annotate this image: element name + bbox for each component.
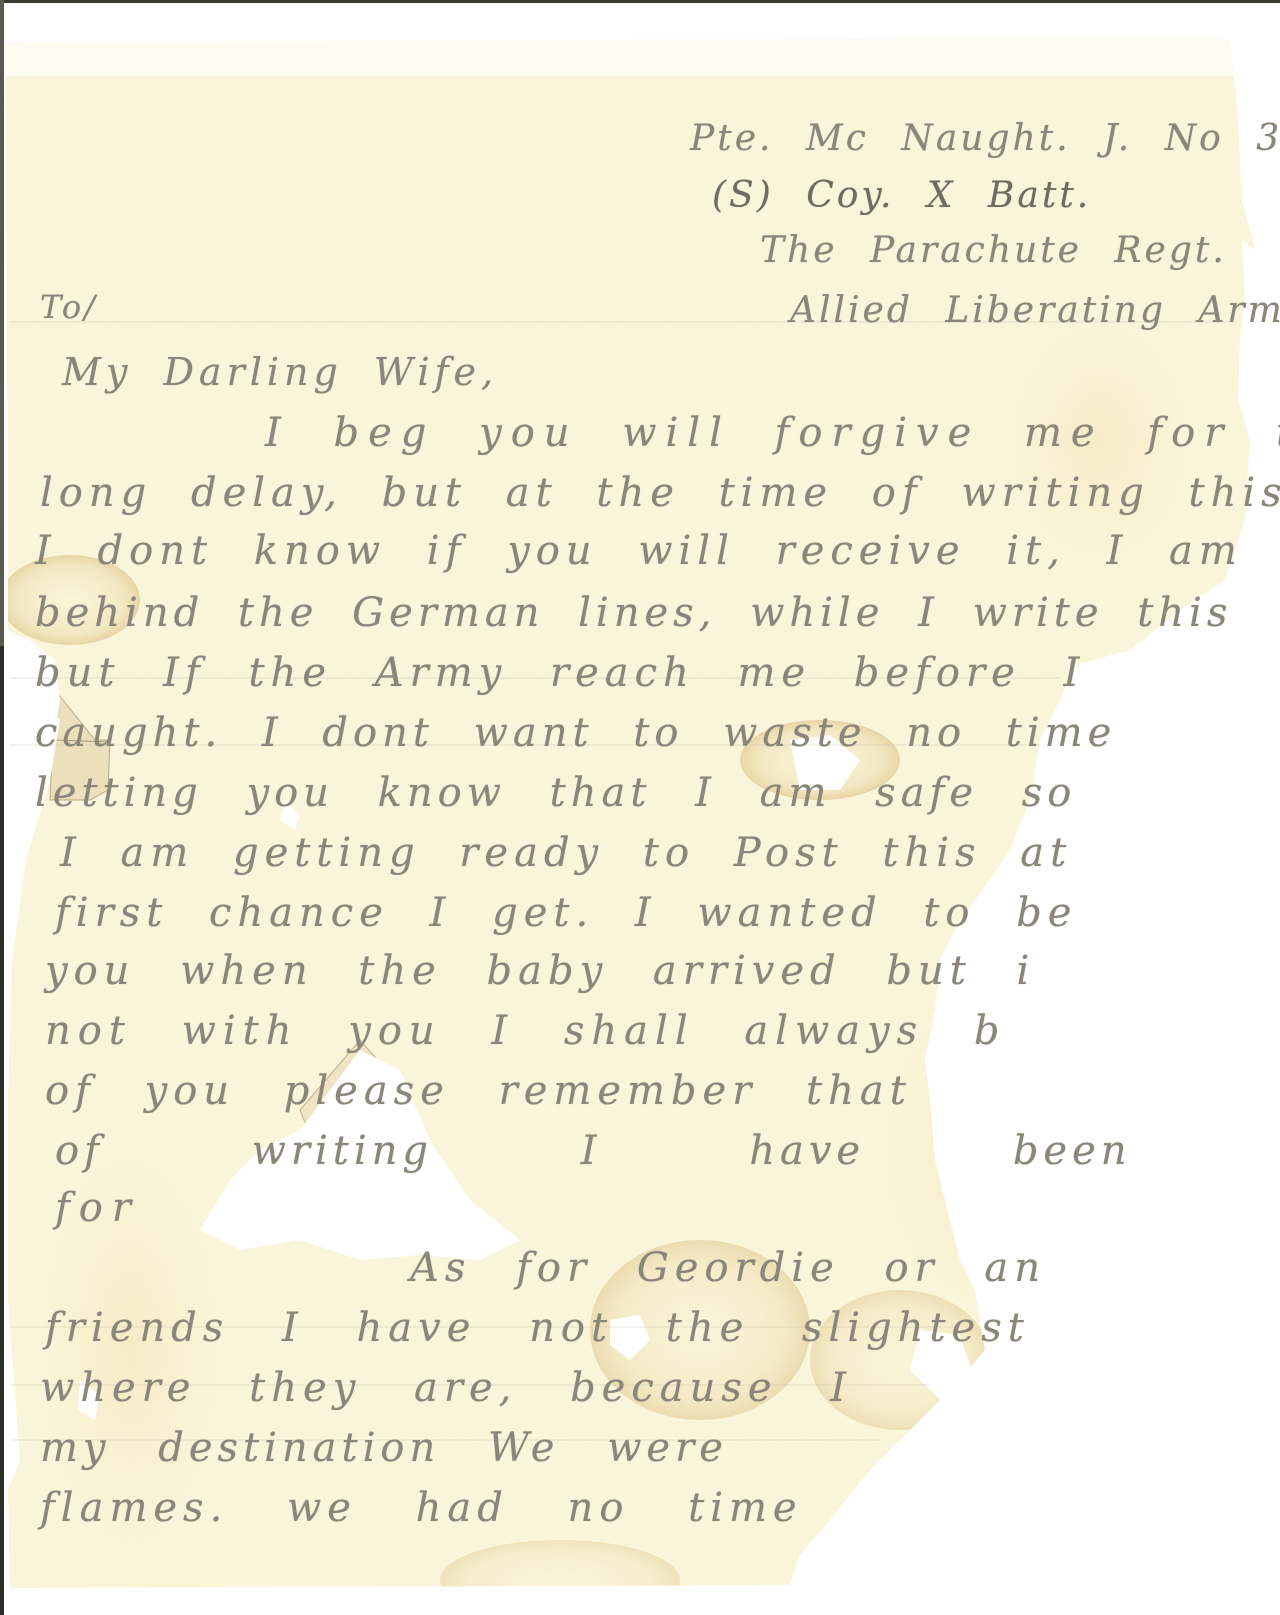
- letter-line: you when the baby arrived but i: [45, 948, 1035, 994]
- letter-line: not with you I shall always b: [45, 1008, 1007, 1054]
- sender-regiment: The Parachute Regt.: [760, 230, 1227, 271]
- letter-line: of you please remember that: [45, 1068, 912, 1114]
- letter-line: I am getting ready to Post this at: [60, 830, 1072, 876]
- letter-line: I beg you will forgive me for this: [265, 410, 1280, 456]
- letter-line: where they are, because I: [40, 1365, 852, 1411]
- letter-line: first chance I get. I wanted to be: [55, 890, 1077, 936]
- sender-army: Allied Liberating Army: [790, 290, 1280, 331]
- letter-line: my destination We were: [40, 1425, 728, 1471]
- letter-line: behind the German lines, while I write t…: [35, 590, 1232, 636]
- letter-line: but If the Army reach me before I: [35, 650, 1085, 696]
- letter-line: long delay, but at the time of writing t…: [40, 470, 1280, 516]
- letter-line: friends I have not the slightest: [45, 1305, 1030, 1351]
- sender-rank-name-number: Pte. Mc Naught. J. No 31313: [690, 118, 1280, 159]
- scanned-letter: Pte. Mc Naught. J. No 31313 (S) Coy. X B…: [0, 0, 1280, 1615]
- letter-line: I dont know if you will receive it, I am: [35, 528, 1243, 574]
- letter-line: of writing I have been in: [55, 1128, 1280, 1174]
- letter-line: for: [55, 1185, 140, 1231]
- letter-line: flames. we had no time: [40, 1485, 803, 1531]
- to-label: To/: [40, 288, 98, 326]
- letter-line: letting you know that I am safe so: [35, 770, 1076, 816]
- letter-line: As for Geordie or an: [410, 1245, 1046, 1291]
- sender-company-battalion: (S) Coy. X Batt.: [712, 175, 1091, 216]
- letter-line: caught. I dont want to waste no time: [35, 710, 1116, 756]
- salutation: My Darling Wife,: [62, 350, 498, 394]
